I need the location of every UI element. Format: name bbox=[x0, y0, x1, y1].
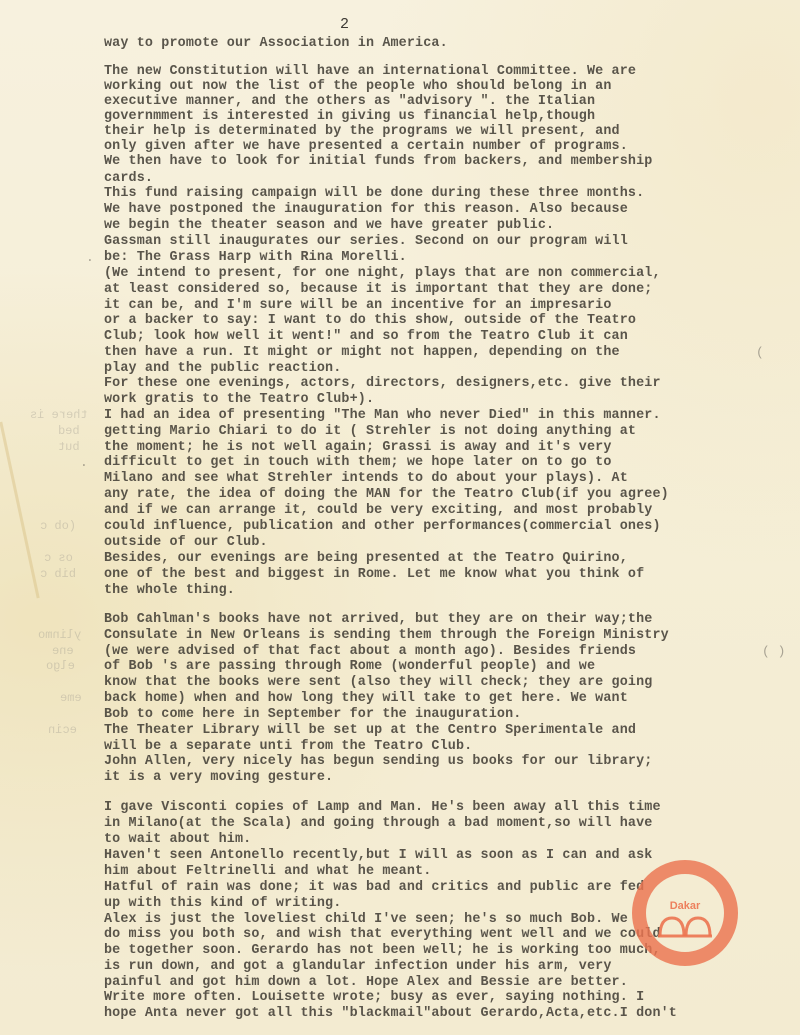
text-line: Bob Cahlman's books have not arrived, bu… bbox=[104, 612, 652, 627]
text-line: The Theater Library will be set up at th… bbox=[104, 723, 636, 738]
text-line: him about Feltrinelli and what he meant. bbox=[104, 864, 431, 879]
text-line: The new Constitution will have an intern… bbox=[104, 64, 636, 79]
text-line: any rate, the idea of doing the MAN for … bbox=[104, 487, 669, 502]
text-line: outside of our Club. bbox=[104, 535, 268, 550]
text-line: is run down, and got a glandular infecti… bbox=[104, 959, 612, 974]
text-line: working out now the list of the people w… bbox=[104, 79, 612, 94]
text-line: be together soon. Gerardo has not been w… bbox=[104, 943, 661, 958]
text-line: only given after we have presented a cer… bbox=[104, 139, 628, 154]
margin-mark: ( bbox=[756, 345, 764, 360]
text-line: We have postponed the inauguration for t… bbox=[104, 202, 628, 217]
text-line: Haven't seen Antonello recently,but I wi… bbox=[104, 848, 652, 863]
margin-mark: ( ) bbox=[762, 644, 785, 659]
text-line: one of the best and biggest in Rome. Let… bbox=[104, 567, 644, 582]
show-through-text: there is bbox=[30, 408, 88, 422]
text-line: will be a separate unti from the Teatro … bbox=[104, 739, 472, 754]
show-through-text: os c bbox=[44, 551, 73, 565]
text-line: and if we can arrange it, could be very … bbox=[104, 503, 652, 518]
margin-mark: . bbox=[86, 250, 94, 265]
text-line: in Milano(at the Scala) and going throug… bbox=[104, 816, 652, 831]
text-line: or a backer to say: I want to do this sh… bbox=[104, 313, 636, 328]
text-line: (We intend to present, for one night, pl… bbox=[104, 266, 661, 281]
text-line: know that the books were sent (also they… bbox=[104, 675, 652, 690]
text-line: the whole thing. bbox=[104, 583, 235, 598]
text-line: This fund raising campaign will be done … bbox=[104, 186, 644, 201]
text-line: of Bob 's are passing through Rome (wond… bbox=[104, 659, 595, 674]
show-through-text: ene bbox=[52, 644, 74, 658]
text-line: Besides, our evenings are being presente… bbox=[104, 551, 628, 566]
text-line: Milano and see what Strehler intends to … bbox=[104, 471, 628, 486]
text-line: I gave Visconti copies of Lamp and Man. … bbox=[104, 800, 661, 815]
text-line: difficult to get in touch with them; we … bbox=[104, 455, 612, 470]
text-line: Consulate in New Orleans is sending them… bbox=[104, 628, 669, 643]
text-line: to wait about him. bbox=[104, 832, 251, 847]
text-line: Hatful of rain was done; it was bad and … bbox=[104, 880, 644, 895]
text-line: it is a very moving gesture. bbox=[104, 770, 333, 785]
text-line: play and the public reaction. bbox=[104, 361, 341, 376]
show-through-text: (ob c bbox=[40, 519, 76, 533]
show-through-text: bed bbox=[58, 424, 80, 438]
page-number: 2 bbox=[340, 16, 349, 33]
stamp-label: Dakar bbox=[646, 900, 724, 912]
text-line: the moment; he is not well again; Grassi… bbox=[104, 440, 612, 455]
show-through-text: but bbox=[58, 440, 80, 454]
text-line: Write more often. Louisette wrote; busy … bbox=[104, 990, 644, 1005]
show-through-text: ecin bbox=[48, 723, 77, 737]
text-line: cards. bbox=[104, 171, 153, 186]
text-line: (we were advised of that fact about a mo… bbox=[104, 644, 636, 659]
text-line: could influence, publication and other p… bbox=[104, 519, 661, 534]
text-line: their help is determinated by the progra… bbox=[104, 124, 620, 139]
text-line: Club; look how well it went!" and so fro… bbox=[104, 329, 628, 344]
text-line: Gassman still inaugurates our series. Se… bbox=[104, 234, 628, 249]
text-line: For these one evenings, actors, director… bbox=[104, 376, 661, 391]
text-line: it can be, and I'm sure will be an incen… bbox=[104, 298, 612, 313]
text-line: up with this kind of writing. bbox=[104, 896, 341, 911]
text-line: then have a run. It might or might not h… bbox=[104, 345, 620, 360]
text-line: back home) when and how long they will t… bbox=[104, 691, 628, 706]
text-line: I had an idea of presenting "The Man who… bbox=[104, 408, 661, 423]
text-line: getting Mario Chiari to do it ( Strehler… bbox=[104, 424, 636, 439]
text-line: John Allen, very nicely has begun sendin… bbox=[104, 754, 652, 769]
show-through-text: elgo bbox=[46, 659, 75, 673]
show-through-text: bib c bbox=[40, 567, 76, 581]
text-line: Alex is just the loveliest child I've se… bbox=[104, 912, 628, 927]
text-line: we begin the theater season and we have … bbox=[104, 218, 554, 233]
text-line: be: The Grass Harp with Rina Morelli. bbox=[104, 250, 407, 265]
text-line: executive manner, and the others as "adv… bbox=[104, 94, 595, 109]
archive-stamp: Dakar bbox=[632, 860, 738, 966]
text-line: way to promote our Association in Americ… bbox=[104, 36, 448, 51]
text-line: We then have to look for initial funds f… bbox=[104, 154, 652, 169]
text-line: governmment is interested in giving us f… bbox=[104, 109, 595, 124]
margin-mark: . bbox=[80, 455, 88, 470]
text-line: hope Anta never got all this "blackmail"… bbox=[104, 1006, 677, 1021]
show-through-text: ylinmo bbox=[38, 628, 81, 642]
text-line: painful and got him down a lot. Hope Ale… bbox=[104, 975, 628, 990]
text-line: do miss you both so, and wish that every… bbox=[104, 927, 661, 942]
show-through-text: eme bbox=[60, 691, 82, 705]
text-line: at least considered so, because it is im… bbox=[104, 282, 652, 297]
text-line: Bob to come here in September for the in… bbox=[104, 707, 521, 722]
open-book-icon bbox=[658, 914, 712, 938]
text-line: work gratis to the Teatro Club+). bbox=[104, 392, 374, 407]
